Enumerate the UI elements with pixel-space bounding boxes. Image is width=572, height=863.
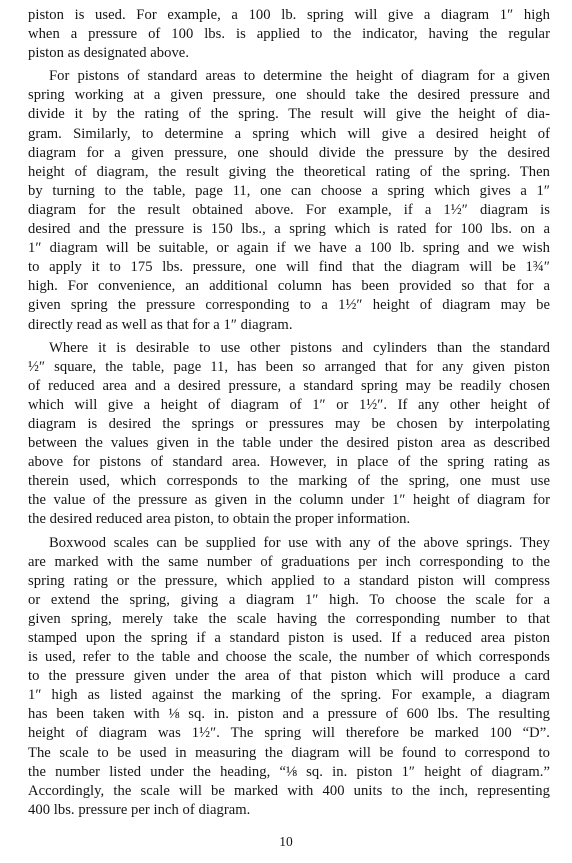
- text-line: therein used, which corresponds to the m…: [28, 472, 550, 491]
- text-line: directly read as well as that for a 1″ d…: [28, 316, 550, 335]
- text-line: the number listed under the heading, “⅛ …: [28, 763, 550, 782]
- text-line: has been taken with ⅛ sq. in. piston and…: [28, 705, 550, 724]
- text-line: divide it by the rating of the spring. T…: [28, 105, 550, 124]
- text-line: high. For convenience, an additional col…: [28, 277, 550, 296]
- text-line: gram. Similarly, to determine a spring w…: [28, 125, 550, 144]
- text-line: diagram for the result obtained above. F…: [28, 201, 550, 220]
- paragraph-2: For pistons of standard areas to determi…: [28, 67, 550, 334]
- paragraph-3: Where it is desirable to use other pisto…: [28, 339, 550, 530]
- text-line: spring working at a given pressure, one …: [28, 86, 550, 105]
- text-line: height of diagram was 1½″. The spring wi…: [28, 724, 550, 743]
- text-line: height of diagram, the result giving the…: [28, 163, 550, 182]
- text-line: For pistons of standard areas to determi…: [28, 67, 550, 86]
- text-line: is used, refer to the table and choose t…: [28, 648, 550, 667]
- text-line: 400 lbs. pressure per inch of diagram.: [28, 801, 550, 820]
- text-line: Accordingly, the scale will be marked wi…: [28, 782, 550, 801]
- text-line: given spring, merely take the scale havi…: [28, 610, 550, 629]
- text-line: Boxwood scales can be supplied for use w…: [28, 534, 550, 553]
- text-line: or extend the spring, giving a diagram 1…: [28, 591, 550, 610]
- text-line: desired and the pressure is 150 lbs., a …: [28, 220, 550, 239]
- paragraph-1: piston is used. For example, a 100 lb. s…: [28, 6, 550, 63]
- text-line: diagram is desired the springs or pressu…: [28, 415, 550, 434]
- page-number: 10: [0, 834, 572, 850]
- text-line: are marked with the same number of gradu…: [28, 553, 550, 572]
- text-line: 1″ diagram will be suitable, or again if…: [28, 239, 550, 258]
- paragraph-4: Boxwood scales can be supplied for use w…: [28, 534, 550, 820]
- text-line: to the pressure given under the area of …: [28, 667, 550, 686]
- text-line: the desired reduced area piston, to obta…: [28, 510, 550, 529]
- text-line: which will give a height of diagram of 1…: [28, 396, 550, 415]
- text-line: between the values given in the table un…: [28, 434, 550, 453]
- text-line: given spring the pressure corresponding …: [28, 296, 550, 315]
- text-line: when a pressure of 100 lbs. is applied t…: [28, 25, 550, 44]
- text-line: above for pistons of standard area. Howe…: [28, 453, 550, 472]
- text-line: piston is used. For example, a 100 lb. s…: [28, 6, 550, 25]
- text-line: spring rating or the pressure, which app…: [28, 572, 550, 591]
- text-line: ½″ square, the table, page 11, has been …: [28, 358, 550, 377]
- text-line: diagram for a given pressure, one should…: [28, 144, 550, 163]
- text-line: of reduced area and a desired pressure, …: [28, 377, 550, 396]
- text-line: The scale to be used in measuring the di…: [28, 744, 550, 763]
- text-line: stamped upon the spring if a standard pi…: [28, 629, 550, 648]
- text-line: by turning to the table, page 11, one ca…: [28, 182, 550, 201]
- text-line: to apply it to 175 lbs. pressure, one wi…: [28, 258, 550, 277]
- document-page: piston is used. For example, a 100 lb. s…: [28, 6, 550, 824]
- text-line: piston as designated above.: [28, 44, 550, 63]
- text-line: the value of the pressure as given in th…: [28, 491, 550, 510]
- text-line: Where it is desirable to use other pisto…: [28, 339, 550, 358]
- text-line: 1″ high as listed against the marking of…: [28, 686, 550, 705]
